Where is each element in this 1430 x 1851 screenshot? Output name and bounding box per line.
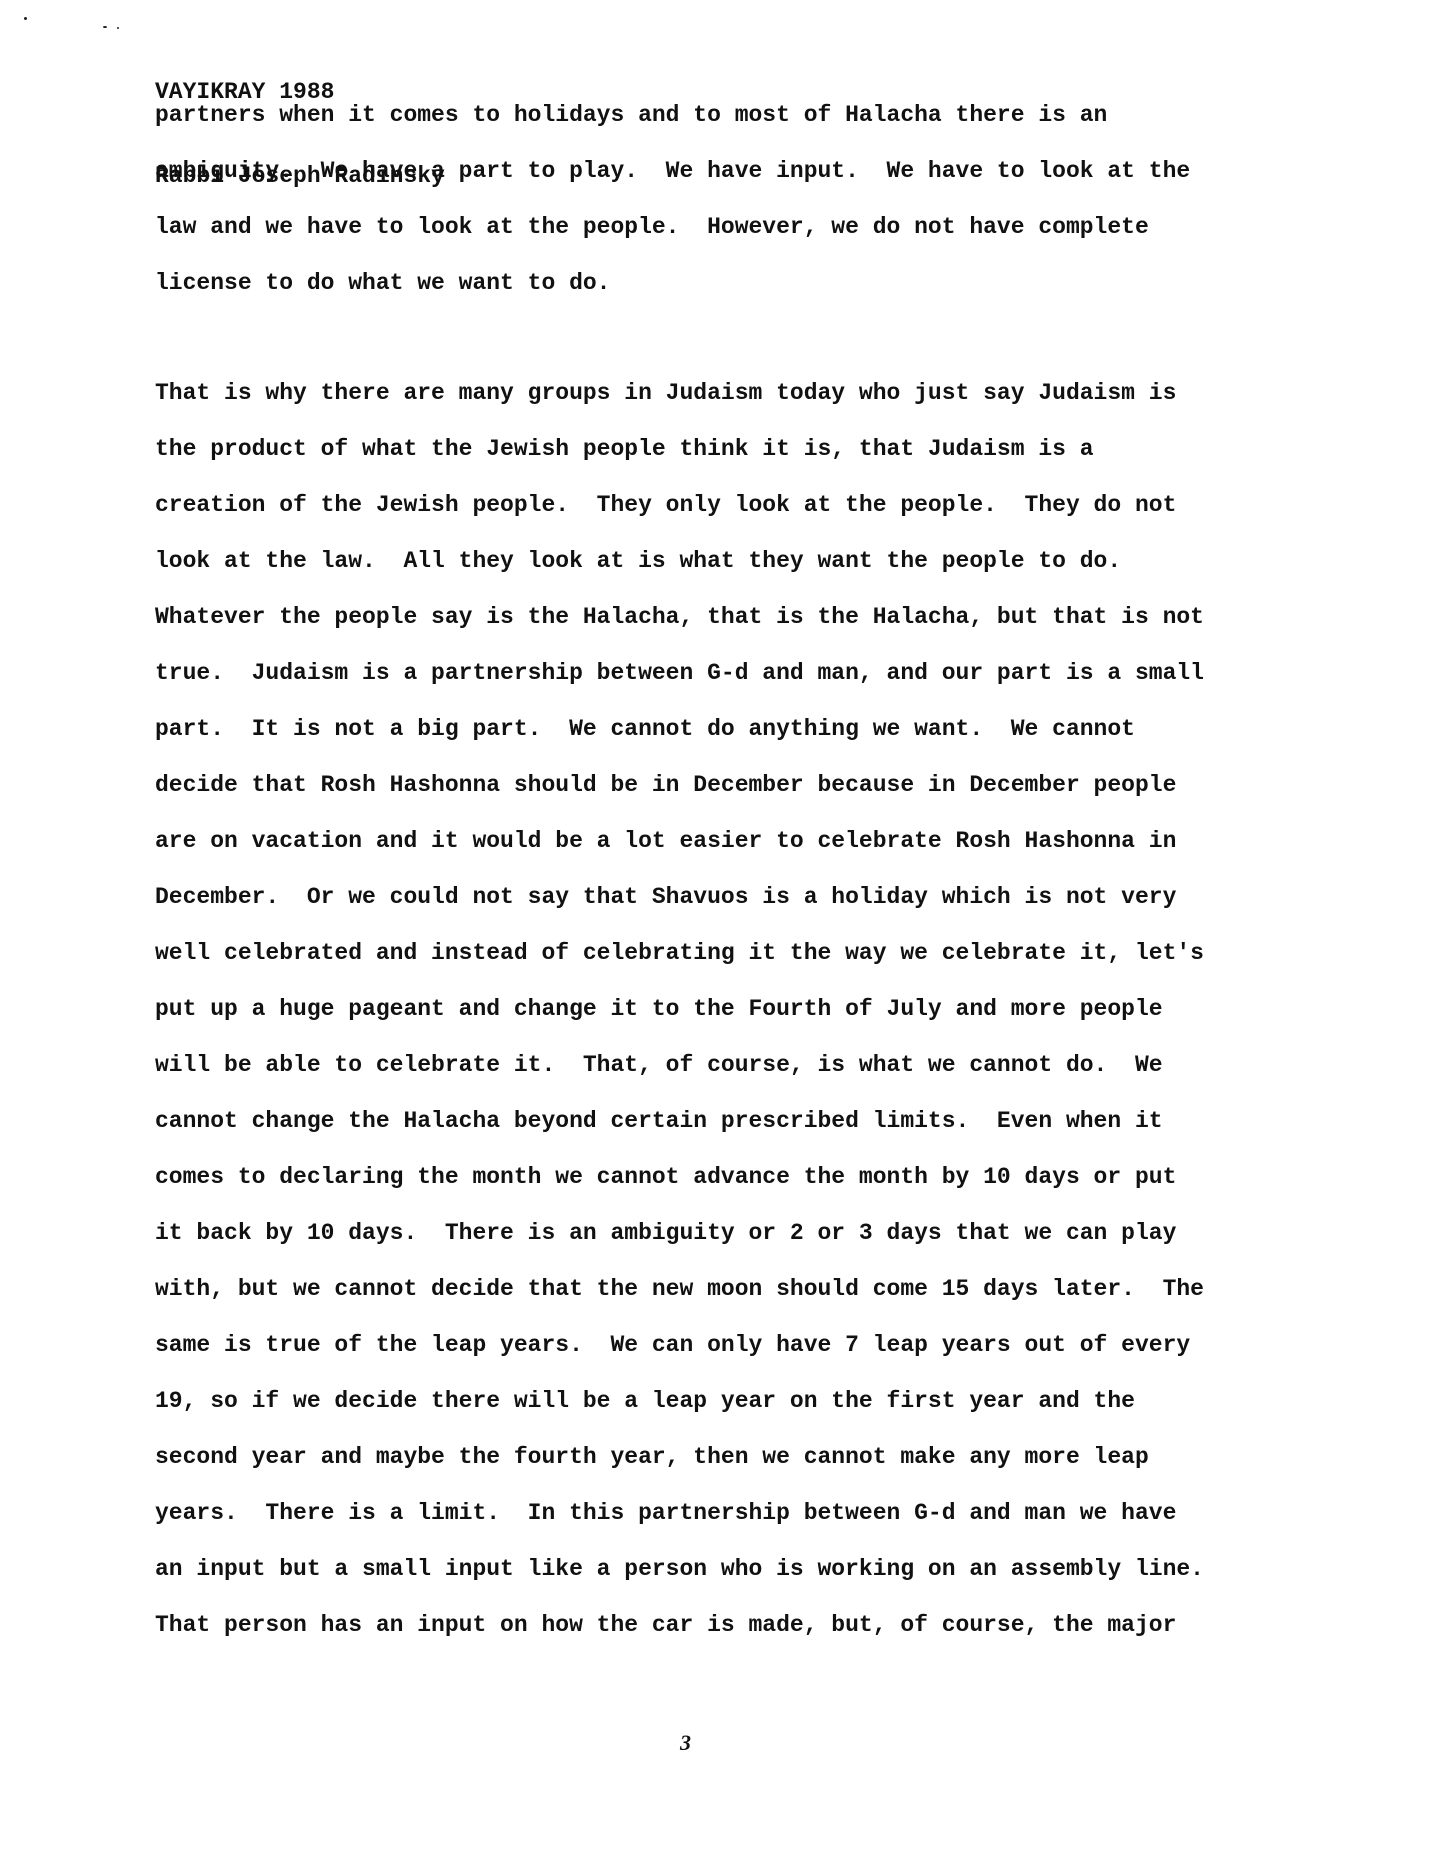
text-line: part. It is not a big part. We cannot do…: [155, 712, 1204, 768]
text-line: will be able to celebrate it. That, of c…: [155, 1048, 1204, 1104]
text-line: same is true of the leap years. We can o…: [155, 1328, 1204, 1384]
text-line: comes to declaring the month we cannot a…: [155, 1160, 1204, 1216]
text-line: license to do what we want to do.: [155, 266, 1204, 322]
text-line: an input but a small input like a person…: [155, 1552, 1204, 1608]
text-line: years. There is a limit. In this partner…: [155, 1496, 1204, 1552]
text-line: creation of the Jewish people. They only…: [155, 488, 1204, 544]
document-page: VAYIKRAY 1988 Rabbi Joseph Radinsky part…: [0, 0, 1430, 1851]
text-line: partners when it comes to holidays and t…: [155, 98, 1204, 154]
text-line: true. Judaism is a partnership between G…: [155, 656, 1204, 712]
paragraph: That is why there are many groups in Jud…: [155, 376, 1204, 1664]
scan-speck: [103, 26, 107, 28]
text-line: decide that Rosh Hashonna should be in D…: [155, 768, 1204, 824]
text-line: 19, so if we decide there will be a leap…: [155, 1384, 1204, 1440]
paragraph: partners when it comes to holidays and t…: [155, 98, 1204, 322]
document-body: partners when it comes to holidays and t…: [155, 98, 1204, 1664]
text-line: are on vacation and it would be a lot ea…: [155, 824, 1204, 880]
page-number: 3: [680, 1730, 691, 1756]
text-line: the product of what the Jewish people th…: [155, 432, 1204, 488]
text-line: look at the law. All they look at is wha…: [155, 544, 1204, 600]
text-line: it back by 10 days. There is an ambiguit…: [155, 1216, 1204, 1272]
text-line: ambiguity. We have a part to play. We ha…: [155, 154, 1204, 210]
text-line: That person has an input on how the car …: [155, 1608, 1204, 1664]
scan-speck: [117, 27, 119, 29]
text-line: law and we have to look at the people. H…: [155, 210, 1204, 266]
text-line: with, but we cannot decide that the new …: [155, 1272, 1204, 1328]
text-line: put up a huge pageant and change it to t…: [155, 992, 1204, 1048]
text-line: December. Or we could not say that Shavu…: [155, 880, 1204, 936]
paragraph-break: [155, 322, 1204, 376]
text-line: That is why there are many groups in Jud…: [155, 376, 1204, 432]
scan-speck: [24, 17, 27, 20]
text-line: Whatever the people say is the Halacha, …: [155, 600, 1204, 656]
text-line: cannot change the Halacha beyond certain…: [155, 1104, 1204, 1160]
text-line: second year and maybe the fourth year, t…: [155, 1440, 1204, 1496]
text-line: well celebrated and instead of celebrati…: [155, 936, 1204, 992]
